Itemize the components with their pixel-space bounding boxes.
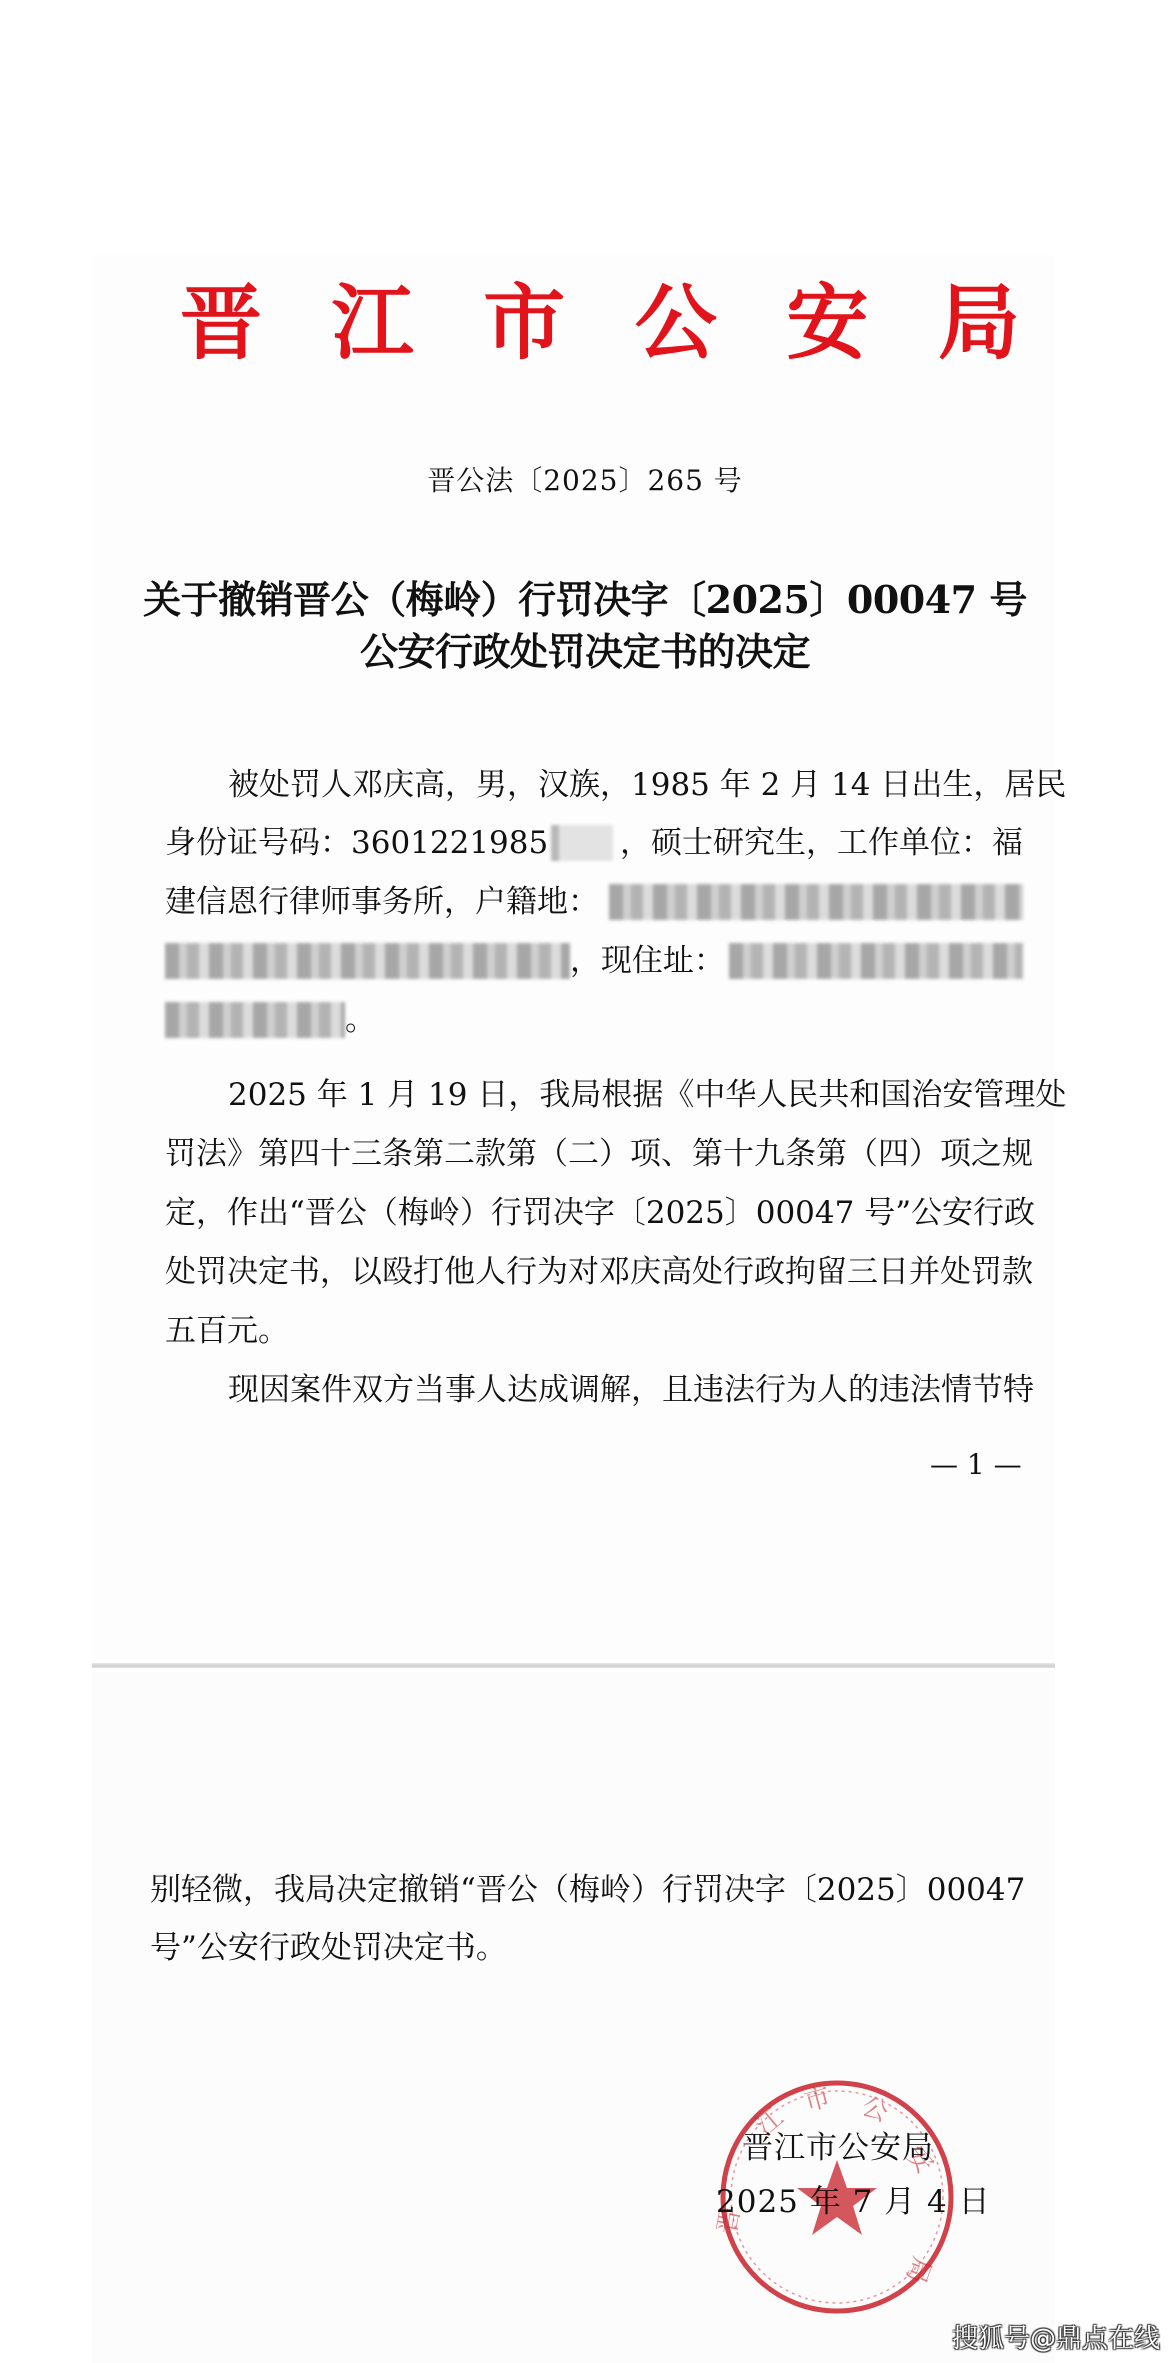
letterhead-char: 晋 xyxy=(180,278,262,368)
redacted-current-address xyxy=(729,943,1023,979)
body-line: 被处罚人邓庆高，男，汉族，1985 年 2 月 14 日出生，居民 xyxy=(228,765,1023,805)
body-text: ，现住址： xyxy=(570,941,725,981)
body-text: 。 xyxy=(345,1000,376,1040)
page-number: — 1 — xyxy=(930,1447,1022,1483)
body-line: 2025 年 1 月 19 日，我局根据《中华人民共和国治安管理处 xyxy=(228,1075,1023,1115)
body-line: 罚法》第四十三条第二款第（二）项、第十九条第（四）项之规 xyxy=(165,1134,1023,1174)
body-line: 。 xyxy=(165,1000,1023,1040)
body-line: 五百元。 xyxy=(165,1311,1023,1351)
body-line: 身份证号码：3601221985 ，硕士研究生，工作单位：福 xyxy=(165,823,1023,863)
signing-agency: 晋江市公安局 xyxy=(742,2128,934,2168)
redacted-registered-address xyxy=(609,884,1023,920)
body-line: 别轻微，我局决定撤销“晋公（梅岭）行罚决字〔2025〕00047 xyxy=(150,1870,1023,1910)
body-line: 建信恩行律师事务所，户籍地： xyxy=(165,882,1023,922)
letterhead-char: 局 xyxy=(938,278,1020,368)
page-separator xyxy=(92,1663,1055,1668)
letterhead-char: 江 xyxy=(332,278,414,368)
redacted-current-address-cont xyxy=(165,1002,345,1038)
redacted-registered-address-cont xyxy=(165,943,570,979)
document-number: 晋公法〔2025〕265 号 xyxy=(0,463,1170,499)
source-watermark: 搜狐号@鼎点在线 xyxy=(952,2318,1160,2355)
document-title-line-1: 关于撤销晋公（梅岭）行罚决字〔2025〕00047 号 xyxy=(0,576,1170,624)
letterhead-char: 公 xyxy=(635,278,717,368)
body-line: 号”公安行政处罚决定书。 xyxy=(150,1928,1008,1968)
svg-text:市: 市 xyxy=(801,2082,834,2118)
id-number-text: 身份证号码：3601221985 xyxy=(165,823,548,863)
body-line: 定，作出“晋公（梅岭）行罚决字〔2025〕00047 号”公安行政 xyxy=(165,1193,1023,1233)
letterhead-char: 安 xyxy=(786,278,868,368)
body-text: ，硕士研究生，工作单位：福 xyxy=(620,823,1023,863)
body-line: ，现住址： xyxy=(165,941,1023,981)
document-title-line-2: 公安行政处罚决定书的决定 xyxy=(0,628,1170,676)
signing-date: 2025 年 7 月 4 日 xyxy=(716,2182,991,2222)
body-line: 处罚决定书，以殴打他人行为对邓庆高处行政拘留三日并处罚款 xyxy=(165,1252,1023,1292)
body-line: 现因案件双方当事人达成调解，且违法行为人的违法情节特 xyxy=(228,1370,1023,1410)
body-text: 建信恩行律师事务所，户籍地： xyxy=(165,882,599,922)
letterhead-char: 市 xyxy=(483,278,565,368)
agency-letterhead: 晋 江 市 公 安 局 xyxy=(180,278,1020,368)
redacted-id-digits xyxy=(551,825,613,861)
